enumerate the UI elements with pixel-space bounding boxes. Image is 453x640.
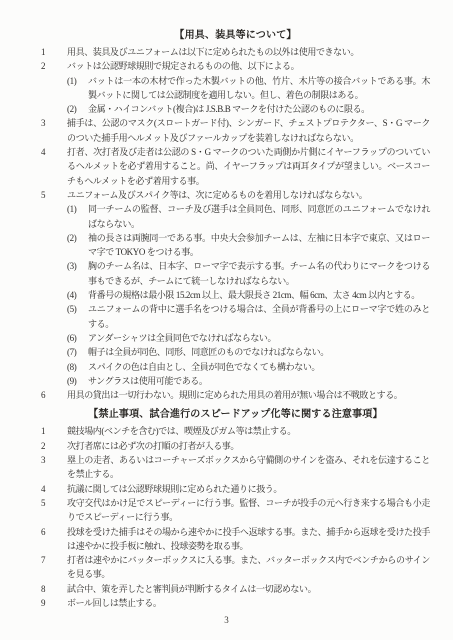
- item-text: ボール回しは禁止する。: [67, 596, 430, 610]
- list-item: 1 競技場内(ベンチを含む)では、喫煙及びガム等は禁止する。: [41, 424, 430, 438]
- sub-item-text: ユニフォームの背中に選手名をつける場合は、全員が背番号の上にローマ字で姓のみとす…: [88, 302, 430, 331]
- sub-item-number: (3): [67, 259, 88, 288]
- sub-item-text: 同一チームの監督、コーチ及び選手は全員同色、同形、同意匠のユニフォームでなければ…: [88, 202, 430, 231]
- item-text: 打者、次打者及び走者は公認の S・G マークのついた両側か片側にイヤーフラップの…: [67, 145, 430, 188]
- item-number: 4: [41, 145, 67, 188]
- item-text: 投球を受けた捕手はその場から速やかに投手へ返球する事。また、捕手から返球を受けた…: [67, 525, 430, 554]
- list-item: 4 打者、次打者及び走者は公認の S・G マークのついた両側か片側にイヤーフラッ…: [41, 145, 430, 188]
- sub-item-text: 金属・ハイコンバット(複合)は J.S.B.B マークを付けた公認のものに限る。: [88, 102, 430, 116]
- sub-item-number: (7): [67, 345, 88, 359]
- sub-item: (5) ユニフォームの背中に選手名をつける場合は、全員が背番号の上にローマ字で姓…: [67, 302, 430, 331]
- sub-item-number: (5): [67, 302, 88, 331]
- list-item: 7 打者は速やかにバッターボックスに入る事。また、バッターボックス内でベンチから…: [41, 553, 430, 582]
- sub-item-number: (9): [67, 374, 88, 388]
- item-number: 3: [41, 453, 67, 482]
- item-text: 用具、装具及びユニフォームは以下に定められたもの以外は使用できない。: [67, 45, 430, 59]
- item-number: 1: [41, 424, 67, 438]
- item-number: 4: [41, 482, 67, 496]
- item-text: ユニフォーム及びスパイク等は、次に定めるものを着用しなければならない。: [67, 188, 430, 202]
- list-item: 2 次打者席には必ず次の打順の打者が入る事。: [41, 439, 430, 453]
- item-text: 打者は速やかにバッターボックスに入る事。また、バッターボックス内でベンチからのサ…: [67, 553, 430, 582]
- item-number: 3: [41, 116, 67, 145]
- item-number: 9: [41, 596, 67, 610]
- sub-item-text: 背番号の規格は最小限 15.2cm 以上、最大限長さ 21cm、幅 6cm、太さ…: [88, 288, 430, 302]
- list-item: 9 ボール回しは禁止する。: [41, 596, 430, 610]
- item-number: 6: [41, 525, 67, 554]
- item-text: 攻守交代はかけ足でスピーディーに行う事。監督、コーチが投手の元へ行き来する場合も…: [67, 496, 430, 525]
- sub-item-text: サングラスは使用可能である。: [88, 374, 430, 388]
- list-item: 5 ユニフォーム及びスパイク等は、次に定めるものを着用しなければならない。 (1…: [41, 188, 430, 388]
- document-page: 【用具、装具等について】 1 用具、装具及びユニフォームは以下に定められたもの以…: [0, 0, 453, 640]
- sub-item-number: (1): [67, 74, 88, 103]
- sub-item: (2) 金属・ハイコンバット(複合)は J.S.B.B マークを付けた公認のもの…: [67, 102, 430, 116]
- item-number: 8: [41, 582, 67, 596]
- section-title: 【用具、装具等について】: [41, 28, 430, 43]
- item-number: 7: [41, 553, 67, 582]
- sub-item-number: (2): [67, 231, 88, 260]
- sub-item: (6) アンダーシャツは全員同色でなければならない。: [67, 331, 430, 345]
- sub-item-text: スパイクの色は自由とし、全員が同色でなくても構わない。: [88, 360, 430, 374]
- sub-item-text: 帽子は全員が同色、同形、同意匠のものでなければならない。: [88, 345, 430, 359]
- sub-item: (2) 袖の長さは両腕同一である事。中央大会参加チームは、左袖に日本字で東京、又…: [67, 231, 430, 260]
- list-item: 6 投球を受けた捕手はその場から速やかに投手へ返球する事。また、捕手から返球を受…: [41, 525, 430, 554]
- sub-item: (8) スパイクの色は自由とし、全員が同色でなくても構わない。: [67, 360, 430, 374]
- list-item: 6 用具の貸出は一切行わない。規則に定められた用具の着用が無い場合は不戦敗とする…: [41, 388, 430, 402]
- list-item: 2 バットは公認野球規則で規定されるものの他、以下による。 (1) バットは一本…: [41, 59, 430, 116]
- item-text: 競技場内(ベンチを含む)では、喫煙及びガム等は禁止する。: [67, 424, 430, 438]
- section-prohibitions: 【禁止事項、試合進行のスピードアップ化等に関する注意事項】 1 競技場内(ベンチ…: [41, 407, 430, 610]
- section-title: 【禁止事項、試合進行のスピードアップ化等に関する注意事項】: [41, 407, 430, 422]
- sub-item-number: (1): [67, 202, 88, 231]
- list-item: 1 用具、装具及びユニフォームは以下に定められたもの以外は使用できない。: [41, 45, 430, 59]
- list-item: 3 捕手は、公認のマスク(スロートガード付)、シンガード、チェストプロテクター、…: [41, 116, 430, 145]
- sub-item-number: (4): [67, 288, 88, 302]
- item-text: 捕手は、公認のマスク(スロートガード付)、シンガード、チェストプロテクター、S・…: [67, 116, 430, 145]
- item-number: 5: [41, 188, 67, 388]
- item-text: 試合中、策を弄したと審判員が判断するタイムは一切認めない。: [67, 582, 430, 596]
- sub-item-text: バットは一本の木材で作った木製バットの他、竹片、木片等の接合バットである事。木製…: [88, 74, 430, 103]
- sub-item: (3) 胸のチーム名は、日本字、ローマ字で表示する事。チーム名の代わりにマークを…: [67, 259, 430, 288]
- item-text: 次打者席には必ず次の打順の打者が入る事。: [67, 439, 430, 453]
- sub-item: (1) バットは一本の木材で作った木製バットの他、竹片、木片等の接合バットである…: [67, 74, 430, 103]
- sub-item-text: アンダーシャツは全員同色でなければならない。: [88, 331, 430, 345]
- sub-item: (4) 背番号の規格は最小限 15.2cm 以上、最大限長さ 21cm、幅 6c…: [67, 288, 430, 302]
- sub-item: (9) サングラスは使用可能である。: [67, 374, 430, 388]
- item-number: 5: [41, 496, 67, 525]
- sub-item-number: (2): [67, 102, 88, 116]
- list-item: 5 攻守交代はかけ足でスピーディーに行う事。監督、コーチが投手の元へ行き来する場…: [41, 496, 430, 525]
- sub-item: (1) 同一チームの監督、コーチ及び選手は全員同色、同形、同意匠のユニフォームで…: [67, 202, 430, 231]
- item-number: 2: [41, 439, 67, 453]
- sub-item-number: (6): [67, 331, 88, 345]
- list-item: 4 抗議に関しては公認野球規則に定められた通りに扱う。: [41, 482, 430, 496]
- page-number: 3: [0, 613, 453, 627]
- list-item: 8 試合中、策を弄したと審判員が判断するタイムは一切認めない。: [41, 582, 430, 596]
- item-text: バットは公認野球規則で規定されるものの他、以下による。: [67, 59, 430, 73]
- item-text: 塁上の走者、あるいはコーチャーズボックスから守備側のサインを盗み、それを伝達する…: [67, 453, 430, 482]
- sub-item-text: 袖の長さは両腕同一である事。中央大会参加チームは、左袖に日本字で東京、又はローマ…: [88, 231, 430, 260]
- item-text: 抗議に関しては公認野球規則に定められた通りに扱う。: [67, 482, 430, 496]
- sub-item-number: (8): [67, 360, 88, 374]
- section-equipment: 【用具、装具等について】 1 用具、装具及びユニフォームは以下に定められたもの以…: [41, 28, 430, 402]
- item-number: 1: [41, 45, 67, 59]
- item-number: 2: [41, 59, 67, 116]
- list-item: 3 塁上の走者、あるいはコーチャーズボックスから守備側のサインを盗み、それを伝達…: [41, 453, 430, 482]
- sub-item-text: 胸のチーム名は、日本字、ローマ字で表示する事。チーム名の代わりにマークをつける事…: [88, 259, 430, 288]
- sub-item: (7) 帽子は全員が同色、同形、同意匠のものでなければならない。: [67, 345, 430, 359]
- item-number: 6: [41, 388, 67, 402]
- item-text: 用具の貸出は一切行わない。規則に定められた用具の着用が無い場合は不戦敗とする。: [67, 388, 430, 402]
